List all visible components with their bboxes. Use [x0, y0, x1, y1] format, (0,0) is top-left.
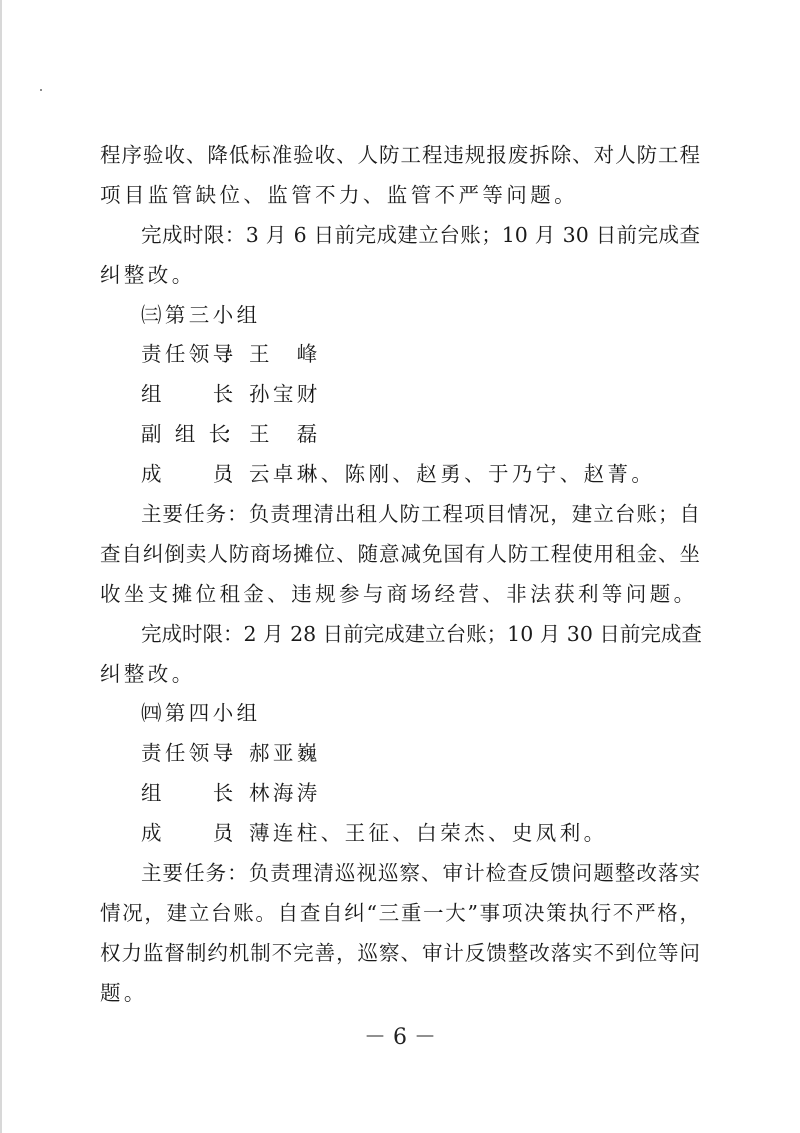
scan-speck: [40, 89, 42, 91]
deadline-line: 纠整改。: [100, 256, 700, 296]
role-value: 郝亚巍: [243, 734, 321, 774]
role-label: 组 长: [141, 375, 223, 415]
page-number: － 6 －: [0, 1020, 800, 1051]
group-3-tasks-line: 主要任务：负责理清出租人防工程项目情况，建立台账；自: [100, 495, 700, 535]
group-3-heading: ㈢第三小组: [100, 296, 700, 336]
role-value: 林海涛: [243, 774, 321, 814]
group-3-members-row: 成 员 ： 云卓琳、陈刚、赵勇、于乃宁、赵菁。: [100, 455, 700, 495]
role-colon: ：: [223, 814, 243, 854]
document-body: 程序验收、降低标准验收、人防工程违规报废拆除、对人防工程 项目监管缺位、监管不力…: [100, 136, 700, 1014]
deadline-line: 完成时限：3 月 6 日前完成建立台账；10 月 30 日前完成查: [100, 216, 700, 256]
group-3-deadline-line: 纠整改。: [100, 655, 700, 695]
group-3-leader-row: 责任领导 ： 王 峰: [100, 335, 700, 375]
role-value: 王 磊: [243, 415, 321, 455]
paragraph-line: 项目监管缺位、监管不力、监管不严等问题。: [100, 176, 700, 216]
paragraph-line: 程序验收、降低标准验收、人防工程违规报废拆除、对人防工程: [100, 136, 700, 176]
role-value: 云卓琳、陈刚、赵勇、于乃宁、赵菁。: [243, 455, 655, 495]
role-colon: ：: [223, 375, 243, 415]
group-4-tasks-line: 主要任务：负责理清巡视巡察、审计检查反馈问题整改落实: [100, 854, 700, 894]
role-label-text: 副 组 长: [141, 415, 233, 455]
group-4-members-row: 成 员 ： 薄连柱、王征、白荣杰、史凤利。: [100, 814, 700, 854]
group-4-tasks-line: 权力监督制约机制不完善，巡察、审计反馈整改落实不到位等问: [100, 934, 700, 974]
role-value: 王 峰: [243, 335, 321, 375]
document-page: 程序验收、降低标准验收、人防工程违规报废拆除、对人防工程 项目监管缺位、监管不力…: [0, 0, 800, 1133]
role-label: 组 长: [141, 774, 223, 814]
role-label: 责任领导: [141, 734, 223, 774]
role-label: 成 员: [141, 814, 223, 854]
role-label: 副 组 长: [141, 415, 223, 455]
group-4-tasks-line: 情况，建立台账。自查自纠“三重一大”事项决策执行不严格，: [100, 894, 700, 934]
group-3-deputy-row: 副 组 长 ： 王 磊: [100, 415, 700, 455]
group-4-heading: ㈣第四小组: [100, 694, 700, 734]
group-3-head-row: 组 长 ： 孙宝财: [100, 375, 700, 415]
group-4-head-row: 组 长 ： 林海涛: [100, 774, 700, 814]
group-4-leader-row: 责任领导 ： 郝亚巍: [100, 734, 700, 774]
role-label: 责任领导: [141, 335, 223, 375]
scan-edge: [0, 0, 2, 1133]
group-4-tasks-line: 题。: [100, 974, 700, 1014]
role-colon: ：: [223, 335, 243, 375]
group-3-deadline-line: 完成时限：2 月 28 日前完成建立台账；10 月 30 日前完成查: [100, 615, 700, 655]
group-3-tasks-line: 收坐支摊位租金、违规参与商场经营、非法获利等问题。: [100, 575, 700, 615]
role-colon: ：: [223, 415, 243, 455]
role-colon: ：: [223, 455, 243, 495]
role-label: 成 员: [141, 455, 223, 495]
role-value: 薄连柱、王征、白荣杰、史凤利。: [243, 814, 608, 854]
group-3-tasks-line: 查自纠倒卖人防商场摊位、随意减免国有人防工程使用租金、坐: [100, 535, 700, 575]
role-value: 孙宝财: [243, 375, 321, 415]
role-colon: ：: [223, 734, 243, 774]
role-colon: ：: [223, 774, 243, 814]
